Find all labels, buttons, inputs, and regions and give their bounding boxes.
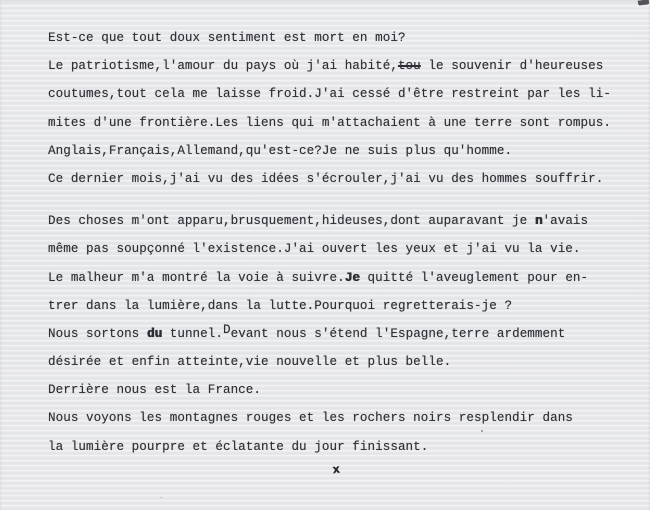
text-line: Nous voyons les montagnes rouges et les … bbox=[48, 404, 628, 432]
text-line: mites d'une frontière.Les liens qui m'at… bbox=[48, 109, 628, 137]
corner-mark bbox=[638, 0, 650, 6]
text-segment: tunnel. bbox=[162, 327, 223, 341]
text-line: même pas soupçonné l'existence.J'ai ouve… bbox=[48, 235, 628, 263]
overstruck-text: du bbox=[147, 327, 162, 341]
overstruck-text: Je bbox=[345, 271, 360, 285]
text-segment: Nous voyons les montagnes rouges et les … bbox=[48, 411, 573, 425]
overstruck-text: n bbox=[535, 214, 543, 228]
text-segment: trer dans la lumière,dans la lutte.Pourq… bbox=[48, 299, 512, 313]
text-segment: Nous sortons bbox=[48, 327, 147, 341]
text-line: Des choses m'ont apparu,brusquement,hide… bbox=[48, 207, 628, 235]
text-segment: coutumes,tout cela me laisse froid.J'ai … bbox=[48, 87, 611, 101]
text-line: Est-ce que tout doux sentiment est mort … bbox=[48, 24, 628, 52]
text-line: désirée et enfin atteinte,vie nouvelle e… bbox=[48, 348, 628, 376]
text-line: Anglais,Français,Allemand,qu'est-ce?Je n… bbox=[48, 137, 628, 165]
text-segment: le souvenir d'heureuses bbox=[421, 59, 604, 73]
text-segment: Est-ce que tout doux sentiment est mort … bbox=[48, 31, 406, 45]
text-segment: désirée et enfin atteinte,vie nouvelle e… bbox=[48, 355, 451, 369]
text-line: Ce dernier mois,j'ai vu des idées s'écro… bbox=[48, 165, 628, 193]
paragraph: Est-ce que tout doux sentiment est mort … bbox=[48, 24, 628, 193]
paragraph: Des choses m'ont apparu,brusquement,hide… bbox=[48, 207, 628, 461]
text-line: coutumes,tout cela me laisse froid.J'ai … bbox=[48, 80, 628, 108]
text-segment: Derrière nous est la France. bbox=[48, 383, 261, 397]
text-segment: Le malheur m'a montré la voie à suivre. bbox=[48, 271, 345, 285]
overstruck-text: tou bbox=[398, 59, 421, 73]
scanned-page: Est-ce que tout doux sentiment est mort … bbox=[0, 0, 650, 510]
overstruck-text: D bbox=[223, 323, 231, 337]
text-segment: Ce dernier mois,j'ai vu des idées s'écro… bbox=[48, 172, 603, 186]
text-line: Derrière nous est la France. bbox=[48, 376, 628, 404]
text-segment: Le patriotisme,l'amour du pays où j'ai h… bbox=[48, 59, 398, 73]
text-line: Nous sortons du tunnel.Devant nous s'éte… bbox=[48, 320, 628, 348]
text-segment: Des choses m'ont apparu,brusquement,hide… bbox=[48, 214, 535, 228]
text-line: la lumière pourpre et éclatante du jour … bbox=[48, 433, 628, 461]
text-segment: mites d'une frontière.Les liens qui m'at… bbox=[48, 116, 611, 130]
text-segment: Anglais,Français,Allemand,qu'est-ce?Je n… bbox=[48, 144, 512, 158]
text-line: Le patriotisme,l'amour du pays où j'ai h… bbox=[48, 52, 628, 80]
text-segment: evant nous s'étend l'Espagne,terre ardem… bbox=[231, 327, 566, 341]
section-separator-mark: x bbox=[325, 459, 347, 481]
text-line: trer dans la lumière,dans la lutte.Pourq… bbox=[48, 292, 628, 320]
text-segment: même pas soupçonné l'existence.J'ai ouve… bbox=[48, 242, 581, 256]
text-line: Le malheur m'a montré la voie à suivre.J… bbox=[48, 264, 628, 292]
text-segment: quitté l'aveuglement pour en- bbox=[360, 271, 588, 285]
text-segment: la lumière pourpre et éclatante du jour … bbox=[48, 440, 428, 454]
paper-speck bbox=[160, 497, 162, 498]
text-segment: 'avais bbox=[543, 214, 589, 228]
typewritten-text: Est-ce que tout doux sentiment est mort … bbox=[48, 24, 628, 461]
paper-speck bbox=[481, 430, 483, 432]
